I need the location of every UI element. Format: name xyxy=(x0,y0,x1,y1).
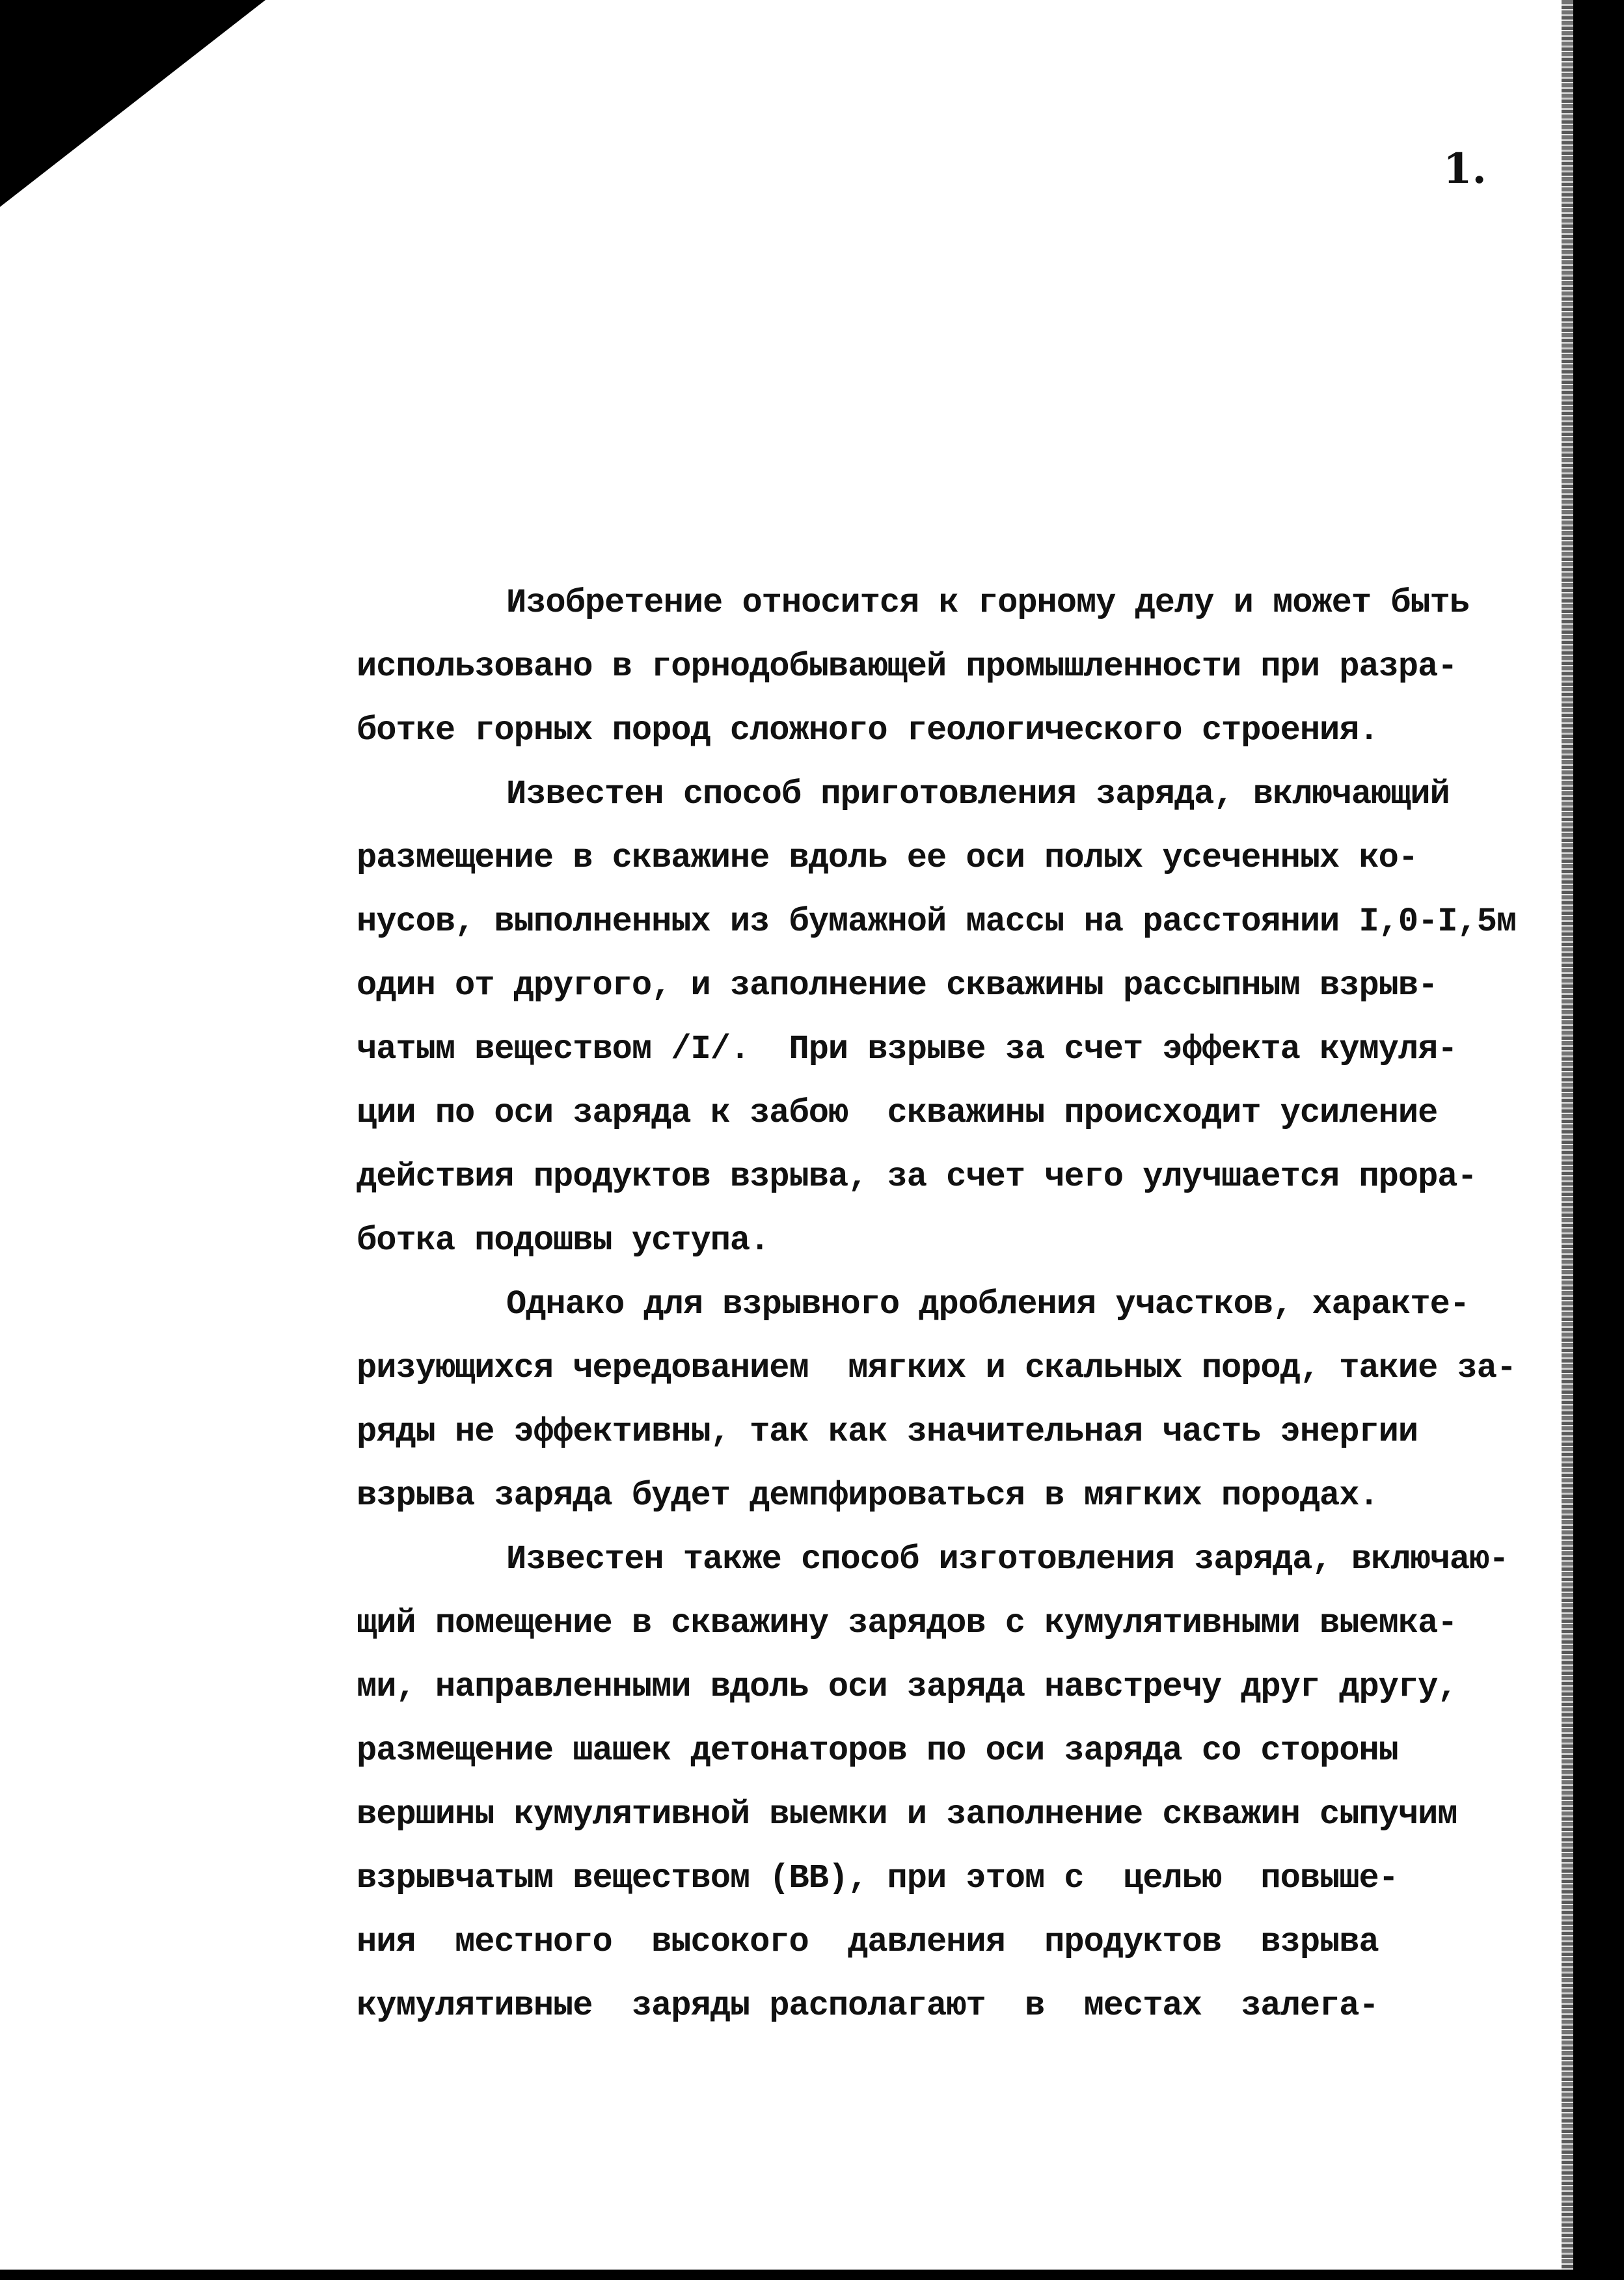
text-line: использовано в горнодобывающей промышлен… xyxy=(357,635,1521,699)
text-line: действия продуктов взрыва, за счет чего … xyxy=(357,1145,1521,1209)
document-body: Изобретение относится к горному делу и м… xyxy=(357,571,1521,2038)
text-line: ризующихся чередованием мягких и скальны… xyxy=(357,1337,1521,1400)
text-line: ботка подошвы уступа. xyxy=(357,1209,1521,1273)
text-line: кумулятивные заряды располагают в местах… xyxy=(357,1974,1521,2038)
text-line: чатым веществом /I/. При взрыве за счет … xyxy=(357,1018,1521,1081)
text-line: ния местного высокого давления продуктов… xyxy=(357,1910,1521,1974)
text-line: нусов, выполненных из бумажной массы на … xyxy=(357,890,1521,954)
text-line: ботке горных пород сложного геологическо… xyxy=(357,699,1521,763)
text-line: ряды не эффективны, так как значительная… xyxy=(357,1400,1521,1464)
paragraph-1: Изобретение относится к горному делу и м… xyxy=(357,571,1521,763)
text-line: Однако для взрывного дробления участков,… xyxy=(357,1273,1521,1337)
text-line: щий помещение в скважину зарядов с кумул… xyxy=(357,1592,1521,1655)
scan-right-border xyxy=(1573,0,1624,2280)
scan-corner-shadow xyxy=(0,0,273,208)
text-line: Изобретение относится к горному делу и м… xyxy=(357,571,1521,635)
text-line: размещение шашек детонаторов по оси заря… xyxy=(357,1719,1521,1783)
text-line: ции по оси заряда к забою скважины проис… xyxy=(357,1081,1521,1145)
text-line: один от другого, и заполнение скважины р… xyxy=(357,954,1521,1018)
text-line: взрыва заряда будет демпфироваться в мяг… xyxy=(357,1464,1521,1528)
text-line: размещение в скважине вдоль ее оси полых… xyxy=(357,826,1521,890)
page-number: 1. xyxy=(1443,144,1487,193)
scan-bottom-border xyxy=(0,2270,1624,2280)
paragraph-4: Известен также способ изготовления заряд… xyxy=(357,1528,1521,2038)
text-line: Известен способ приготовления заряда, вк… xyxy=(357,763,1521,826)
text-line: Известен также способ изготовления заряд… xyxy=(357,1528,1521,1592)
text-line: вершины кумулятивной выемки и заполнение… xyxy=(357,1783,1521,1847)
text-line: ми, направленными вдоль оси заряда навст… xyxy=(357,1655,1521,1719)
scan-edge-shade xyxy=(1562,0,1573,2280)
paragraph-3: Однако для взрывного дробления участков,… xyxy=(357,1273,1521,1528)
paragraph-2: Известен способ приготовления заряда, вк… xyxy=(357,763,1521,1273)
text-line: взрывчатым веществом (ВВ), при этом с це… xyxy=(357,1847,1521,1910)
